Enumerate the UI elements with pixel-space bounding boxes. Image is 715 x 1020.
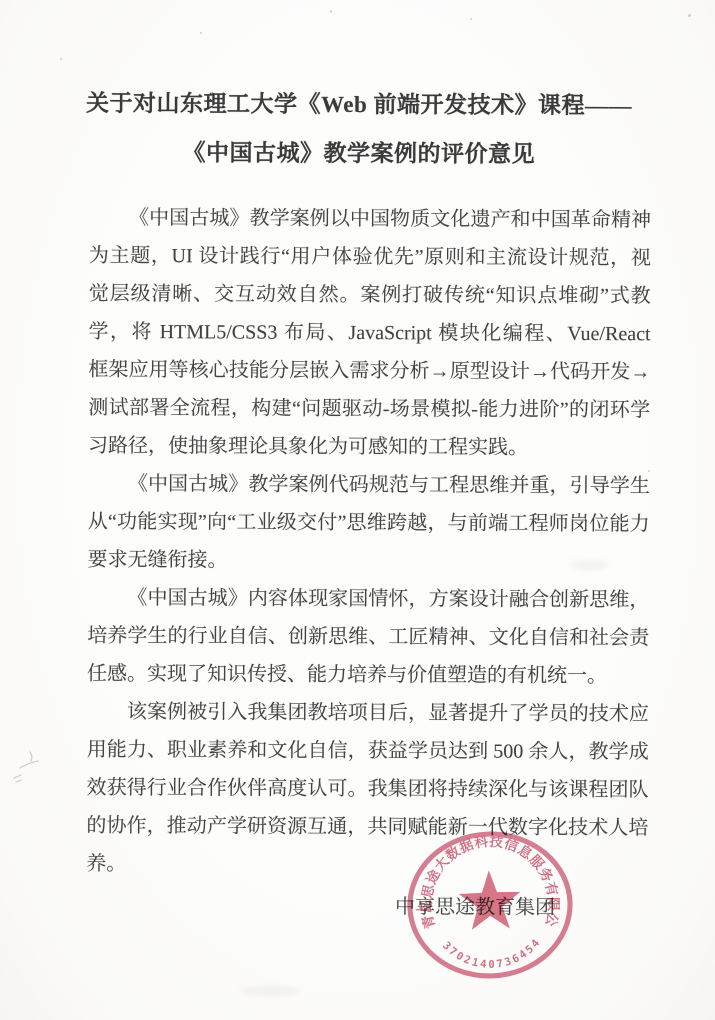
scan-speck xyxy=(60,58,62,60)
scan-smudge xyxy=(240,985,300,997)
document-content: 关于对山东理工大学《Web 前端开发技术》课程—— 《中国古城》教学案例的评价意… xyxy=(0,0,715,921)
scan-speck xyxy=(200,32,202,34)
scanned-document-page: 关于对山东理工大学《Web 前端开发技术》课程—— 《中国古城》教学案例的评价意… xyxy=(0,0,715,1020)
title-line-1: 关于对山东理工大学《Web 前端开发技术》课程—— xyxy=(1,78,715,130)
paragraph-2: 《中国古城》教学案例代码规范与工程思维并重，引导学生从“功能实现”向“工业级交付… xyxy=(87,465,649,581)
scan-smudge xyxy=(570,560,610,570)
paragraph-3: 《中国古城》内容体现家国情怀，方案设计融合创新思维，培养学生的行业自信、创新思维… xyxy=(87,579,649,695)
handwritten-scribble xyxy=(6,742,50,794)
document-title: 关于对山东理工大学《Web 前端开发技术》课程—— 《中国古城》教学案例的评价意… xyxy=(1,78,715,179)
seal-star-icon xyxy=(458,869,522,930)
company-seal-stamp: 青岛思途大数据科技信息服务有限公司 3702140736454 xyxy=(399,827,580,985)
paragraph-1: 《中国古城》教学案例以中国物质文化遗产和中国革命精神为主题，UI 设计践行“用户… xyxy=(88,199,651,467)
scan-speck xyxy=(688,14,691,17)
document-body: 《中国古城》教学案例以中国物质文化遗产和中国革命精神为主题，UI 设计践行“用户… xyxy=(86,199,651,885)
scan-speck xyxy=(470,18,472,20)
scan-speck xyxy=(330,10,332,13)
title-line-2: 《中国古城》教学案例的评价意见 xyxy=(1,127,715,179)
signature-line: 中享思途教育集团 xyxy=(0,888,713,920)
scan-speck xyxy=(648,470,650,472)
